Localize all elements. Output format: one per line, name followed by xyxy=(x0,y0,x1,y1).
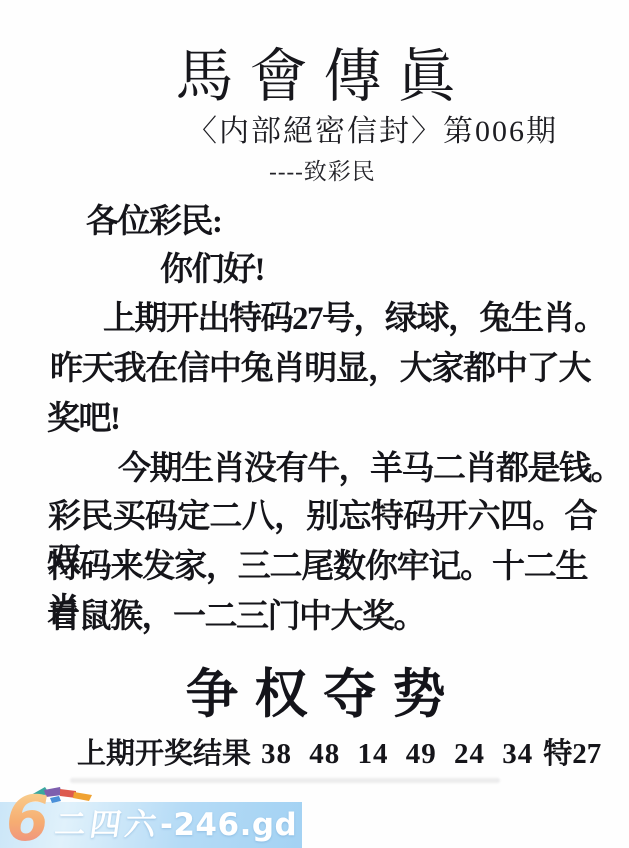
results-label: 上期开奖结果 xyxy=(77,738,251,770)
watermark-6-logo: 6 xyxy=(6,790,49,848)
results-numbers: 38 48 14 49 24 34 xyxy=(261,738,533,770)
slogan-title: 争权夺势 xyxy=(9,662,629,728)
fax-sheet: 馬會傳眞 〈内部絕密信封〉第006期 ----致彩民 各位彩民: 你们好! 上期… xyxy=(0,0,629,848)
letter-line: 昨天我在信中兔肖明显，大家都中了大 xyxy=(50,347,590,391)
last-draw-results: 上期开奖结果38 48 14 49 24 34特27 xyxy=(77,736,601,772)
dedication-line: ----致彩民 xyxy=(8,158,629,186)
letter-line: 看鼠猴，一二三门中大奖。 xyxy=(47,595,425,639)
salutation-line: 各位彩民: xyxy=(86,200,222,244)
letter-line: 奖吧! xyxy=(47,397,120,441)
letter-line: 今期生肖没有牛，羊马二肖都是钱。 xyxy=(118,447,622,491)
scan-artifact xyxy=(70,778,500,783)
page-title: 馬會傳眞 xyxy=(9,42,629,112)
watermark-domain: -246.gd xyxy=(160,805,297,845)
watermark-site-name: 二四六 xyxy=(52,806,162,844)
issue-subtitle: 〈内部絕密信封〉第006期 xyxy=(58,112,629,152)
letter-line: 上期开出特码27号，绿球，兔生肖。 xyxy=(103,297,606,341)
greeting-line: 你们好! xyxy=(160,248,264,292)
special-number: 特27 xyxy=(543,738,601,770)
